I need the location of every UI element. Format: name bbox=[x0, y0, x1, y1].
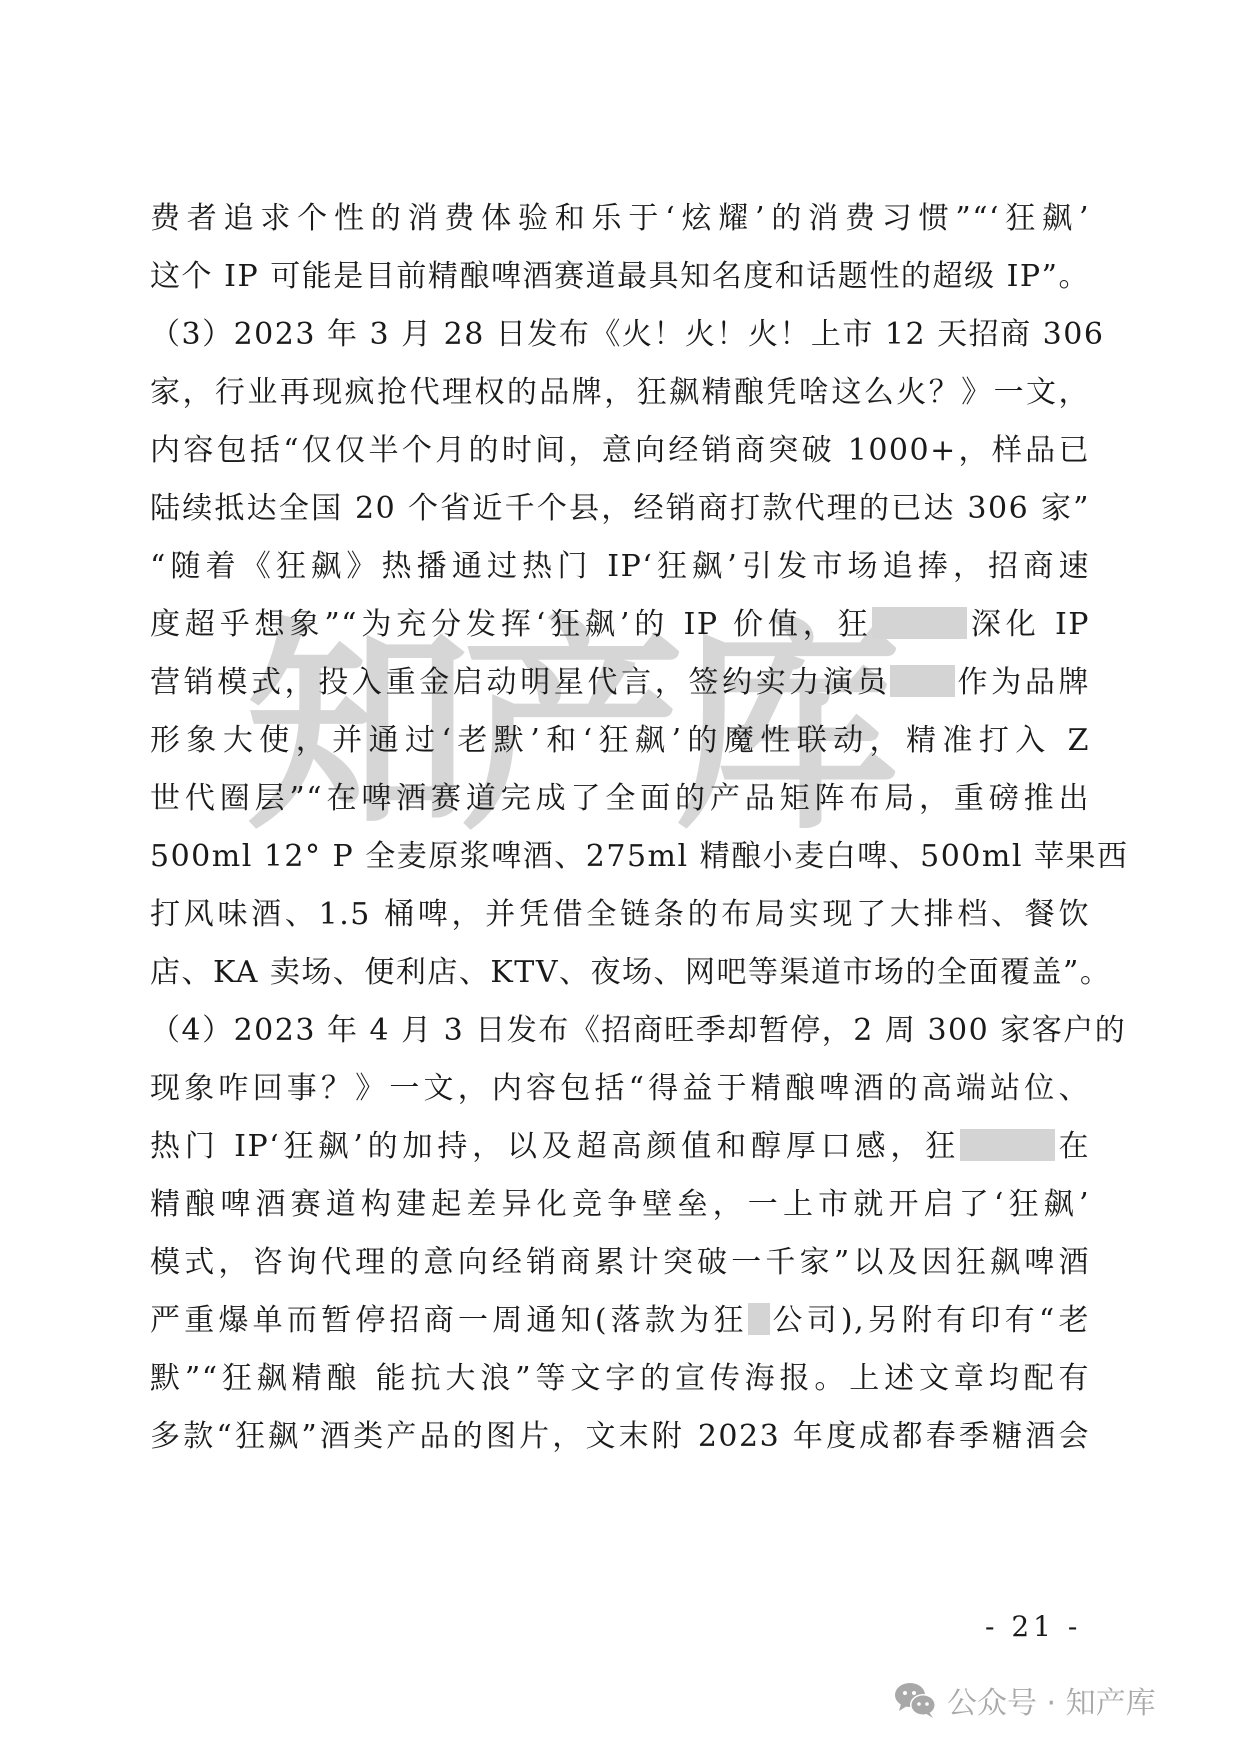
text-segment: 店、KA 卖场、便利店、KTV、夜场、网吧等渠道市场的全面覆盖”。 bbox=[150, 955, 1111, 990]
text-line: 多款“狂飙”酒类产品的图片，文末附 2023 年度成都春季糖酒会 bbox=[150, 1408, 1090, 1466]
text-line: 这个 IP 可能是目前精酿啤酒赛道最具知名度和话题性的超级 IP”。 bbox=[150, 248, 1090, 306]
text-segment: 热门 IP‘狂飙’的加持，以及超高颜值和醇厚口感，狂 bbox=[150, 1129, 960, 1164]
text-line: 费者追求个性的消费体验和乐于‘炫耀’的消费习惯”“‘狂飙’ bbox=[150, 190, 1090, 248]
text-segment: 内容包括“仅仅半个月的时间，意向经销商突破 1000+，样品已 bbox=[150, 433, 1090, 468]
document-page: 知产库 费者追求个性的消费体验和乐于‘炫耀’的消费习惯”“‘狂飙’这个 IP 可… bbox=[0, 0, 1240, 1753]
wechat-icon bbox=[893, 1680, 939, 1720]
footer-brand-text: 公众号 · 知产库 bbox=[947, 1678, 1156, 1722]
text-line: 形象大使，并通过‘老默’和‘狂飙’的魔性联动，精准打入 Z bbox=[150, 712, 1090, 770]
text-segment: 公司),另附有印有“老 bbox=[770, 1303, 1090, 1338]
text-line: 严重爆单而暂停招商一周通知(落款为狂公司),另附有印有“老 bbox=[150, 1292, 1090, 1350]
footer-brand: 公众号 · 知产库 bbox=[893, 1678, 1156, 1722]
text-segment: 形象大使，并通过‘老默’和‘狂飙’的魔性联动，精准打入 Z bbox=[150, 723, 1090, 758]
text-line: 内容包括“仅仅半个月的时间，意向经销商突破 1000+，样品已 bbox=[150, 422, 1090, 480]
text-segment: 模式，咨询代理的意向经销商累计突破一千家”以及因狂飙啤酒 bbox=[150, 1245, 1090, 1280]
text-segment: 营销模式，投入重金启动明星代言，签约实力演员 bbox=[150, 665, 890, 700]
text-segment: 作为品牌 bbox=[955, 665, 1090, 700]
text-segment: 世代圈层”“在啤酒赛道完成了全面的产品矩阵布局，重磅推出 bbox=[150, 781, 1090, 816]
text-line: 模式，咨询代理的意向经销商累计突破一千家”以及因狂飙啤酒 bbox=[150, 1234, 1090, 1292]
text-segment: （4）2023 年 4 月 3 日发布《招商旺季却暂停，2 周 300 家客户的 bbox=[150, 1013, 1126, 1048]
text-line: 家，行业再现疯抢代理权的品牌，狂飙精酿凭啥这么火？》一文， bbox=[150, 364, 1090, 422]
text-segment: 深化 IP bbox=[967, 607, 1090, 642]
redacted-block bbox=[748, 1303, 770, 1335]
text-line: 精酿啤酒赛道构建起差异化竞争壁垒，一上市就开启了‘狂飙’ bbox=[150, 1176, 1090, 1234]
body-text: 费者追求个性的消费体验和乐于‘炫耀’的消费习惯”“‘狂飙’这个 IP 可能是目前… bbox=[150, 190, 1090, 1466]
text-segment: 费者追求个性的消费体验和乐于‘炫耀’的消费习惯”“‘狂飙’ bbox=[150, 201, 1090, 236]
text-segment: 多款“狂飙”酒类产品的图片，文末附 2023 年度成都春季糖酒会 bbox=[150, 1419, 1090, 1454]
text-segment: 默”“狂飙精酿 能抗大浪”等文字的宣传海报。上述文章均配有 bbox=[150, 1361, 1090, 1396]
text-line: （4）2023 年 4 月 3 日发布《招商旺季却暂停，2 周 300 家客户的 bbox=[150, 1002, 1090, 1060]
text-line: 陆续抵达全国 20 个省近千个县，经销商打款代理的已达 306 家” bbox=[150, 480, 1090, 538]
text-line: （3）2023 年 3 月 28 日发布《火！火！火！上市 12 天招商 306 bbox=[150, 306, 1090, 364]
text-segment: 陆续抵达全国 20 个省近千个县，经销商打款代理的已达 306 家” bbox=[150, 491, 1090, 526]
text-line: 世代圈层”“在啤酒赛道完成了全面的产品矩阵布局，重磅推出 bbox=[150, 770, 1090, 828]
text-line: 现象咋回事？》一文，内容包括“得益于精酿啤酒的高端站位、 bbox=[150, 1060, 1090, 1118]
text-line: “随着《狂飙》热播通过热门 IP‘狂飙’引发市场追捧，招商速 bbox=[150, 538, 1090, 596]
text-line: 打风味酒、1.5 桶啤，并凭借全链条的布局实现了大排档、餐饮 bbox=[150, 886, 1090, 944]
text-segment: 500ml 12° P 全麦原浆啤酒、275ml 精酿小麦白啤、500ml 苹果… bbox=[150, 839, 1128, 874]
text-line: 营销模式，投入重金启动明星代言，签约实力演员作为品牌 bbox=[150, 654, 1090, 712]
text-segment: 现象咋回事？》一文，内容包括“得益于精酿啤酒的高端站位、 bbox=[150, 1071, 1090, 1106]
page-number: - 21 - bbox=[985, 1610, 1081, 1643]
redacted-block bbox=[960, 1129, 1055, 1161]
text-segment: 这个 IP 可能是目前精酿啤酒赛道最具知名度和话题性的超级 IP”。 bbox=[150, 259, 1090, 294]
text-line: 500ml 12° P 全麦原浆啤酒、275ml 精酿小麦白啤、500ml 苹果… bbox=[150, 828, 1090, 886]
redacted-block bbox=[872, 607, 967, 639]
text-line: 默”“狂飙精酿 能抗大浪”等文字的宣传海报。上述文章均配有 bbox=[150, 1350, 1090, 1408]
redacted-block bbox=[890, 665, 955, 697]
text-segment: 打风味酒、1.5 桶啤，并凭借全链条的布局实现了大排档、餐饮 bbox=[150, 897, 1090, 932]
text-segment: 在 bbox=[1055, 1129, 1090, 1164]
text-line: 热门 IP‘狂飙’的加持，以及超高颜值和醇厚口感，狂在 bbox=[150, 1118, 1090, 1176]
text-line: 度超乎想象”“为充分发挥‘狂飙’的 IP 价值，狂深化 IP bbox=[150, 596, 1090, 654]
text-segment: （3）2023 年 3 月 28 日发布《火！火！火！上市 12 天招商 306 bbox=[150, 317, 1104, 352]
text-segment: “随着《狂飙》热播通过热门 IP‘狂飙’引发市场追捧，招商速 bbox=[150, 549, 1090, 584]
text-segment: 精酿啤酒赛道构建起差异化竞争壁垒，一上市就开启了‘狂飙’ bbox=[150, 1187, 1090, 1222]
text-segment: 度超乎想象”“为充分发挥‘狂飙’的 IP 价值，狂 bbox=[150, 607, 872, 642]
text-segment: 家，行业再现疯抢代理权的品牌，狂飙精酿凭啥这么火？》一文， bbox=[150, 375, 1090, 410]
text-line: 店、KA 卖场、便利店、KTV、夜场、网吧等渠道市场的全面覆盖”。 bbox=[150, 944, 1090, 1002]
text-segment: 严重爆单而暂停招商一周通知(落款为狂 bbox=[150, 1303, 748, 1338]
